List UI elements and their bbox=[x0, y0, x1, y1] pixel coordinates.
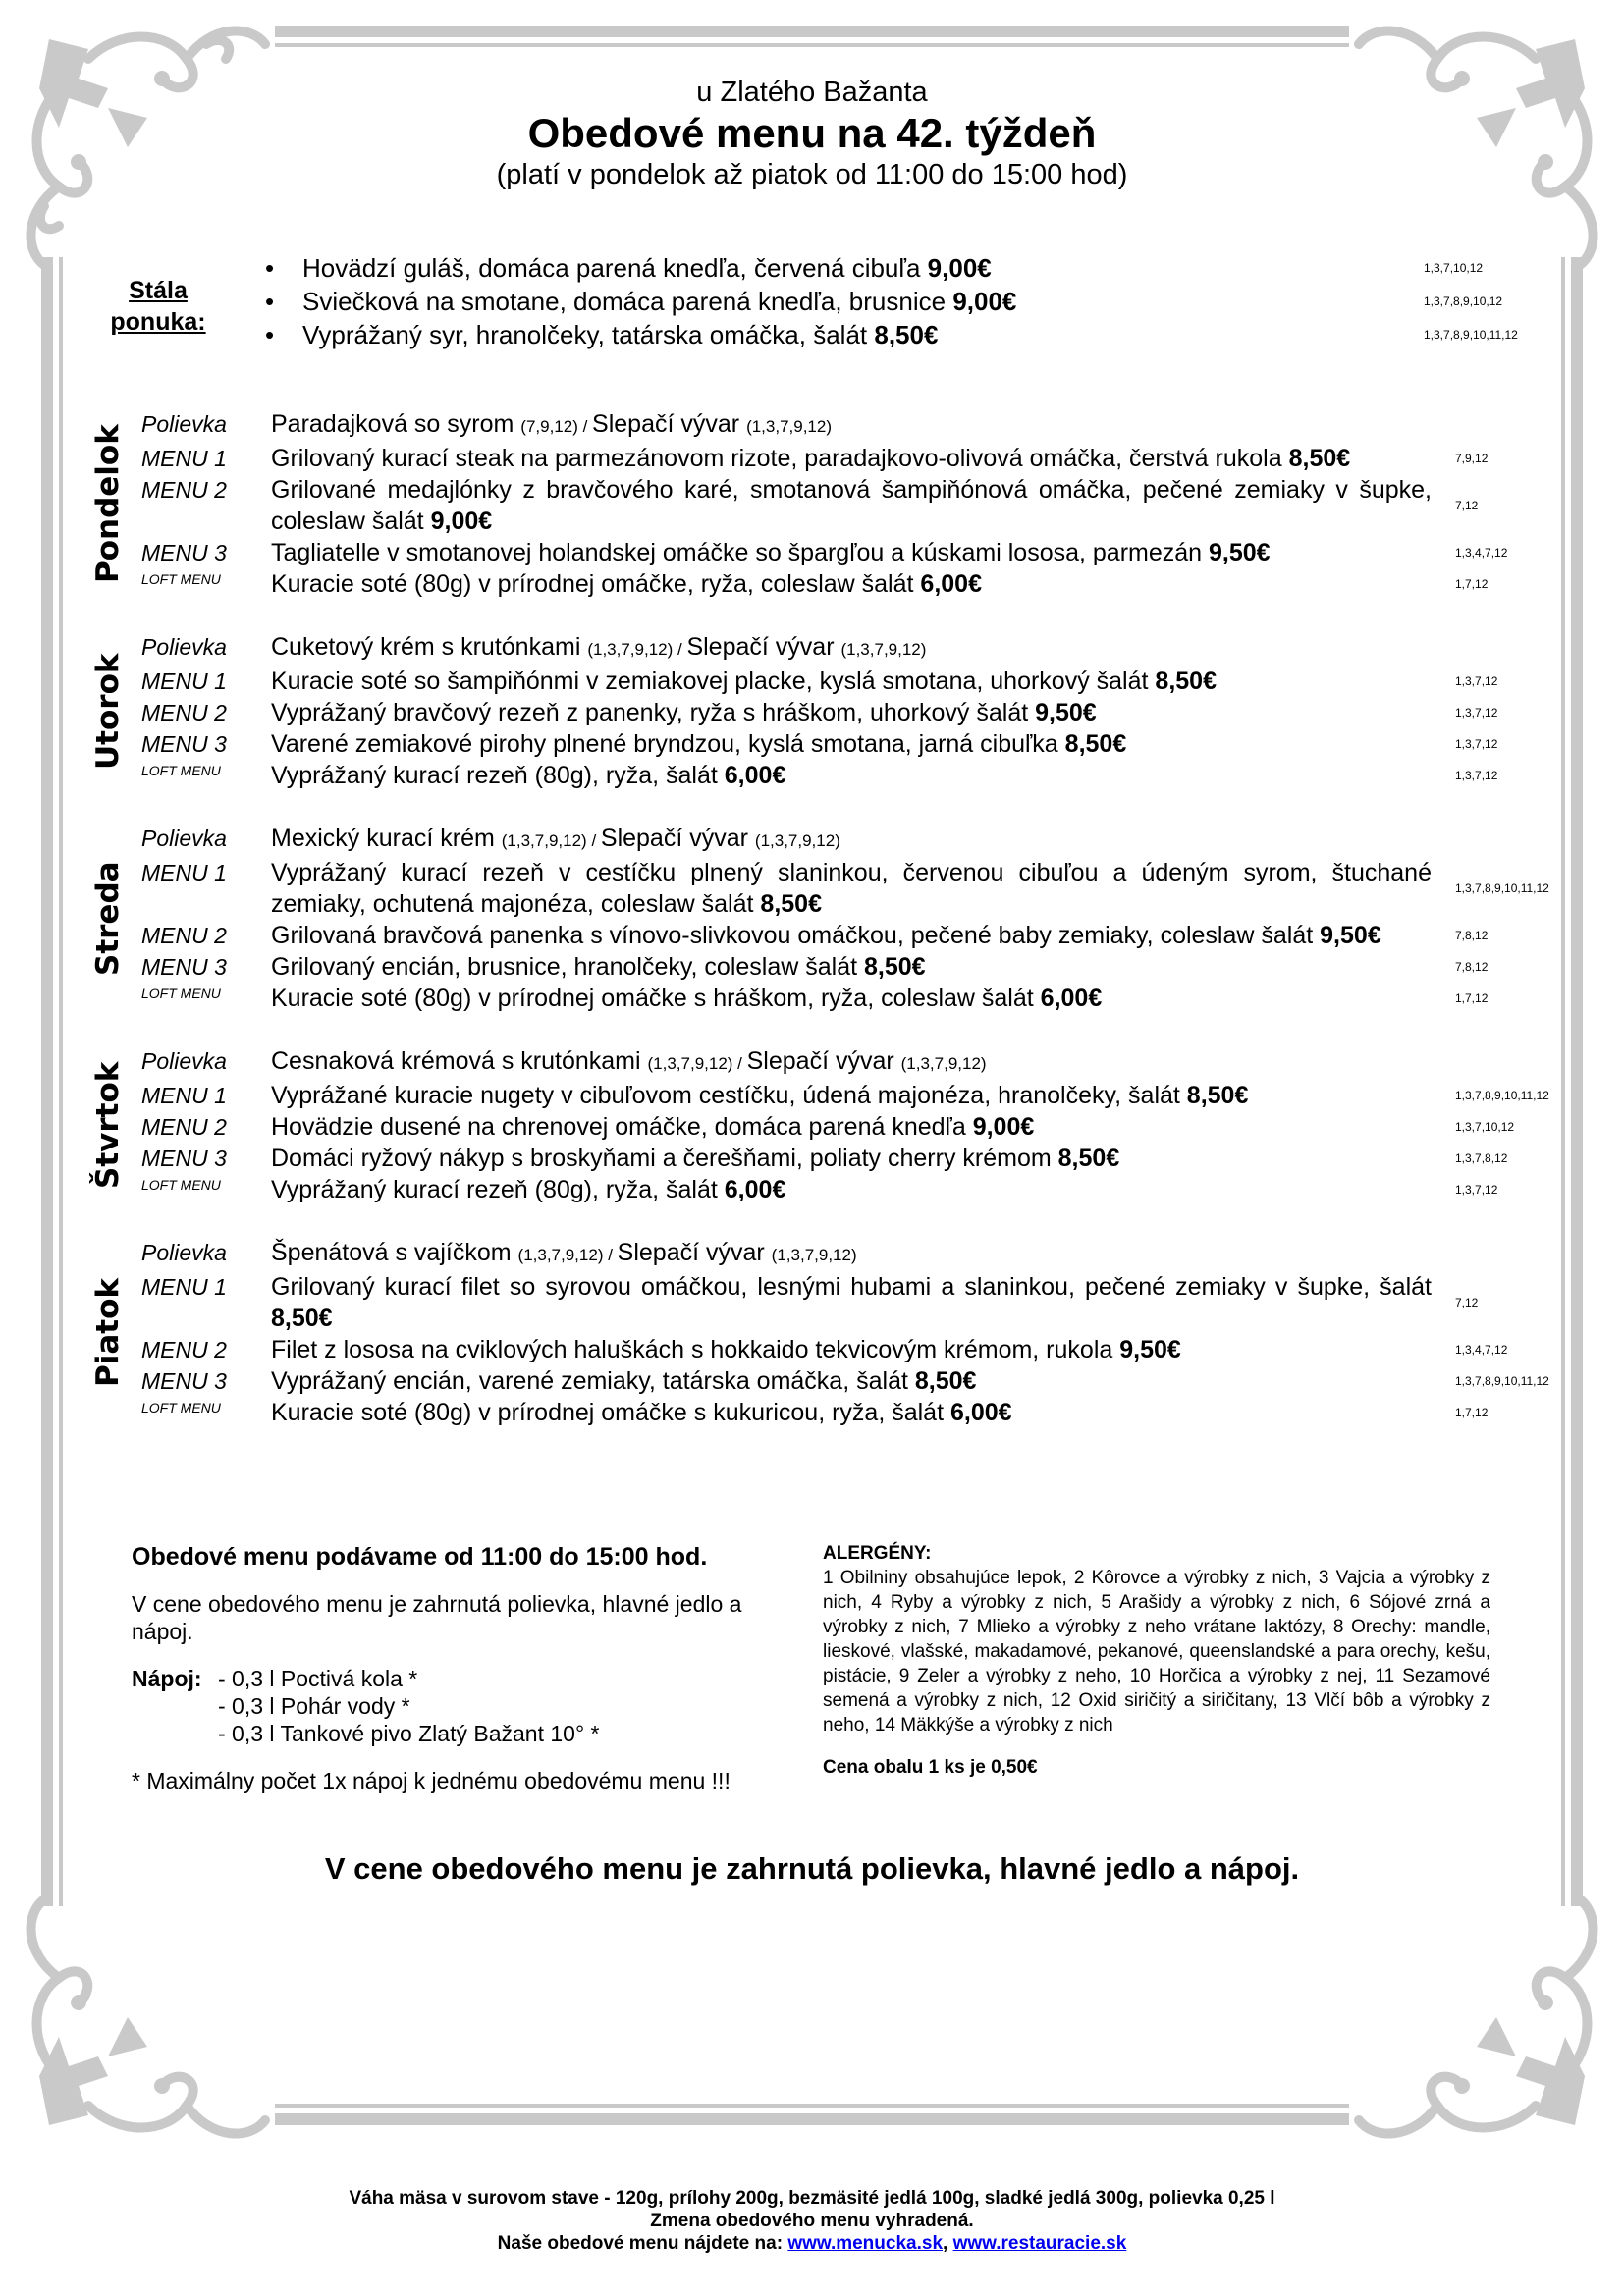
allergen-codes: 7,12 bbox=[1432, 1271, 1478, 1334]
menucka-link[interactable]: www.menucka.sk bbox=[787, 2233, 943, 2254]
soup-row: PolievkaCuketový krém s krutónkami (1,3,… bbox=[141, 631, 1551, 666]
soup-text: Mexický kurací krém (1,3,7,9,12) / Slepa… bbox=[271, 823, 1432, 857]
row-label: MENU 2 bbox=[141, 474, 271, 537]
dish-price: 8,50€ bbox=[271, 1305, 333, 1332]
dish-price: 9,50€ bbox=[1320, 922, 1381, 949]
row-label: MENU 3 bbox=[141, 951, 271, 983]
soup-2-allergens: (1,3,7,9,12) bbox=[746, 417, 832, 436]
row-label: Polievka bbox=[141, 823, 271, 857]
allergen-codes: 1,3,7,12 bbox=[1432, 1174, 1497, 1205]
dish-price: 6,00€ bbox=[1041, 985, 1103, 1012]
dish-description: Hovädzie dusené na chrenovej omáčke, dom… bbox=[271, 1111, 1432, 1143]
soup-separator: / bbox=[603, 1246, 617, 1264]
row-label: Polievka bbox=[141, 1237, 271, 1271]
bullet-icon: • bbox=[265, 318, 293, 351]
find-us-line: Naše obedové menu nájdete na: www.menuck… bbox=[0, 2232, 1624, 2255]
menu-row: MENU 1Vyprážaný kurací rezeň v cestíčku … bbox=[141, 857, 1551, 920]
row-label: LOFT MENU bbox=[141, 760, 271, 791]
row-label: LOFT MENU bbox=[141, 1397, 271, 1428]
allergen-codes: 7,12 bbox=[1432, 474, 1478, 537]
dish-description: Domáci ryžový nákyp s broskyňami a čereš… bbox=[271, 1143, 1432, 1174]
allergen-codes: 1,3,7,10,12 bbox=[1432, 1111, 1514, 1143]
dish-description: Grilovaný encián, brusnice, hranolčeky, … bbox=[271, 951, 1432, 983]
packaging-price: Cena obalu 1 ks je 0,50€ bbox=[823, 1755, 1490, 1780]
soup-2-allergens: (1,3,7,9,12) bbox=[840, 640, 926, 659]
soup-row: PolievkaCesnaková krémová s krutónkami (… bbox=[141, 1045, 1551, 1080]
dish-text: Grilovaný kurací filet so syrovou omáčko… bbox=[271, 1273, 1432, 1301]
soup-1-allergens: (1,3,7,9,12) bbox=[518, 1246, 604, 1264]
dish-text: Grilovaný kurací steak na parmezánovom r… bbox=[271, 445, 1282, 472]
dish-description: Kuracie soté (80g) v prírodnej omáčke, r… bbox=[271, 568, 1432, 600]
allergen-codes: 1,3,7,8,12 bbox=[1432, 1143, 1507, 1174]
day-menu-rows: PolievkaCuketový krém s krutónkami (1,3,… bbox=[141, 631, 1551, 791]
dish-text: Hovädzie dusené na chrenovej omáčke, dom… bbox=[271, 1113, 966, 1141]
allergen-codes: 1,3,7,12 bbox=[1432, 697, 1497, 728]
drink-item: - 0,3 l Tankové pivo Zlatý Bažant 10° * bbox=[218, 1720, 599, 1747]
drink-item: - 0,3 l Pohár vody * bbox=[218, 1692, 599, 1720]
soup-text: Paradajková so syrom (7,9,12) / Slepačí … bbox=[271, 408, 1432, 443]
dish-description: Kuracie soté (80g) v prírodnej omáčke s … bbox=[271, 983, 1432, 1014]
dish-description: Filet z lososa na cviklových haluškách s… bbox=[271, 1334, 1432, 1365]
frame-top-thin bbox=[275, 43, 1349, 47]
dish-text: Tagliatelle v smotanovej holandskej omáč… bbox=[271, 539, 1202, 566]
dish-name: Vyprážaný syr, hranolčeky, tatárska omáč… bbox=[302, 318, 938, 351]
soup-1: Cesnaková krémová s krutónkami bbox=[271, 1047, 641, 1075]
dish-description: Grilované medajlónky z bravčového karé, … bbox=[271, 474, 1432, 537]
dish-description: Varené zemiakové pirohy plnené bryndzou,… bbox=[271, 728, 1432, 760]
soup-row: PolievkaMexický kurací krém (1,3,7,9,12)… bbox=[141, 823, 1551, 857]
allergen-codes: 1,3,7,8,9,10,11,12 bbox=[1424, 318, 1518, 351]
bullet-icon: • bbox=[265, 251, 293, 285]
drink-item: - 0,3 l Poctivá kola * bbox=[218, 1665, 599, 1692]
day-section-utorok: UtorokPolievkaCuketový krém s krutónkami… bbox=[79, 631, 1551, 791]
frame-right-thin bbox=[1561, 257, 1565, 1906]
menu-row: MENU 2Grilovaná bravčová panenka s vínov… bbox=[141, 920, 1551, 951]
menu-row: LOFT MENUVyprážaný kurací rezeň (80g), r… bbox=[141, 760, 1551, 791]
dish-price: 9,00€ bbox=[928, 253, 992, 283]
allergen-codes: 7,8,12 bbox=[1432, 951, 1488, 983]
page-header: u Zlatého Bažanta Obedové menu na 42. tý… bbox=[0, 75, 1624, 192]
corner-ornament-icon bbox=[1329, 1870, 1624, 2164]
weekly-menu: PondelokPolievkaParadajková so syrom (7,… bbox=[79, 408, 1551, 1460]
day-section-streda: StredaPolievkaMexický kurací krém (1,3,7… bbox=[79, 823, 1551, 1014]
soup-1: Cuketový krém s krutónkami bbox=[271, 633, 580, 661]
allergen-codes: 1,3,7,12 bbox=[1432, 760, 1497, 791]
dish-price: 9,50€ bbox=[1119, 1336, 1181, 1363]
dish-price: 8,50€ bbox=[874, 320, 938, 349]
price-includes-banner: V cene obedového menu je zahrnutá poliev… bbox=[0, 1851, 1624, 1887]
day-menu-rows: PolievkaCesnaková krémová s krutónkami (… bbox=[141, 1045, 1551, 1205]
price-includes-note: V cene obedového menu je zahrnutá poliev… bbox=[132, 1590, 799, 1645]
service-info: Obedové menu podávame od 11:00 do 15:00 … bbox=[132, 1543, 799, 1814]
dish-text: Hovädzí guláš, domáca parená knedľa, čer… bbox=[302, 253, 920, 283]
dish-price: 6,00€ bbox=[920, 570, 982, 598]
row-label: MENU 3 bbox=[141, 1365, 271, 1397]
row-label: MENU 2 bbox=[141, 1334, 271, 1365]
dish-text: Kuracie soté (80g) v prírodnej omáčke s … bbox=[271, 1399, 944, 1426]
portion-weights: Váha mäsa v surovom stave - 120g, príloh… bbox=[0, 2187, 1624, 2210]
soup-1: Špenátová s vajíčkom bbox=[271, 1239, 512, 1266]
soup-separator: / bbox=[732, 1054, 746, 1073]
soup-separator: / bbox=[587, 831, 601, 850]
soup-1: Paradajková so syrom bbox=[271, 410, 514, 438]
dish-description: Grilovaný kurací steak na parmezánovom r… bbox=[271, 443, 1432, 474]
day-menu-rows: PolievkaŠpenátová s vajíčkom (1,3,7,9,12… bbox=[141, 1237, 1551, 1428]
allergens-title: ALERGÉNY: bbox=[823, 1541, 1490, 1566]
soup-2: Slepačí vývar bbox=[601, 825, 748, 852]
allergen-codes: 1,3,4,7,12 bbox=[1432, 1334, 1507, 1365]
soup-1-allergens: (7,9,12) bbox=[520, 417, 578, 436]
row-label: MENU 3 bbox=[141, 728, 271, 760]
dish-description: Kuracie soté so šampiňónmi v zemiakovej … bbox=[271, 666, 1432, 697]
fixed-offer-label: Stála ponuka: bbox=[98, 275, 218, 338]
restaurant-name: u Zlatého Bažanta bbox=[0, 75, 1624, 110]
frame-bottom-thin bbox=[275, 2104, 1349, 2108]
soup-text: Špenátová s vajíčkom (1,3,7,9,12) / Slep… bbox=[271, 1237, 1432, 1271]
day-name: Streda bbox=[79, 823, 137, 1014]
row-label: LOFT MENU bbox=[141, 1174, 271, 1205]
allergen-codes: 1,3,7,8,9,10,11,12 bbox=[1432, 857, 1549, 920]
soup-1-allergens: (1,3,7,9,12) bbox=[502, 831, 587, 850]
dish-text: Kuracie soté (80g) v prírodnej omáčke, r… bbox=[271, 570, 913, 598]
soup-row: PolievkaParadajková so syrom (7,9,12) / … bbox=[141, 408, 1551, 443]
dish-description: Grilovaná bravčová panenka s vínovo-sliv… bbox=[271, 920, 1432, 951]
dish-description: Tagliatelle v smotanovej holandskej omáč… bbox=[271, 537, 1432, 568]
day-name: Štvrtok bbox=[79, 1045, 137, 1205]
dish-price: 6,00€ bbox=[950, 1399, 1012, 1426]
soup-separator: / bbox=[673, 640, 686, 659]
fixed-offer-item: •Hovädzí guláš, domáca parená knedľa, če… bbox=[265, 251, 1522, 285]
menu-row: LOFT MENUKuracie soté (80g) v prírodnej … bbox=[141, 1397, 1551, 1428]
dish-price: 8,50€ bbox=[1187, 1082, 1249, 1109]
dish-price: 6,00€ bbox=[725, 1176, 786, 1203]
dish-description: Vyprážaný encián, varené zemiaky, tatárs… bbox=[271, 1365, 1432, 1397]
allergen-codes: 1,3,7,8,9,10,11,12 bbox=[1432, 1080, 1549, 1111]
dish-price: 8,50€ bbox=[760, 890, 822, 918]
dish-description: Vyprážané kuracie nugety v cibuľovom ces… bbox=[271, 1080, 1432, 1111]
dish-description: Kuracie soté (80g) v prírodnej omáčke s … bbox=[271, 1397, 1432, 1428]
allergens-section: ALERGÉNY: 1 Obilniny obsahujúce lepok, 2… bbox=[823, 1541, 1490, 1780]
dish-price: 8,50€ bbox=[1058, 1145, 1120, 1172]
dish-price: 8,50€ bbox=[1289, 445, 1351, 472]
allergen-codes: 1,7,12 bbox=[1432, 1397, 1488, 1428]
soup-2: Slepačí vývar bbox=[686, 633, 834, 661]
soup-1-allergens: (1,3,7,9,12) bbox=[587, 640, 673, 659]
allergen-codes: 1,3,7,12 bbox=[1432, 728, 1497, 760]
soup-1: Mexický kurací krém bbox=[271, 825, 495, 852]
row-label: MENU 1 bbox=[141, 666, 271, 697]
dish-description: Vyprážaný kurací rezeň (80g), ryža, šalá… bbox=[271, 760, 1432, 791]
menu-row: MENU 1Kuracie soté so šampiňónmi v zemia… bbox=[141, 666, 1551, 697]
row-label: MENU 2 bbox=[141, 1111, 271, 1143]
menu-row: MENU 3Vyprážaný encián, varené zemiaky, … bbox=[141, 1365, 1551, 1397]
allergen-codes: 1,3,7,10,12 bbox=[1424, 251, 1483, 285]
dish-price: 9,00€ bbox=[952, 287, 1016, 316]
day-name: Piatok bbox=[79, 1237, 137, 1428]
drinks-list: Nápoj: - 0,3 l Poctivá kola * - 0,3 l Po… bbox=[132, 1665, 799, 1747]
soup-text: Cesnaková krémová s krutónkami (1,3,7,9,… bbox=[271, 1045, 1432, 1080]
menu-row: MENU 2Grilované medajlónky z bravčového … bbox=[141, 474, 1551, 537]
dish-text: Domáci ryžový nákyp s broskyňami a čereš… bbox=[271, 1145, 1052, 1172]
page-footer: Váha mäsa v surovom stave - 120g, príloh… bbox=[0, 2187, 1624, 2255]
menu-row: MENU 3Tagliatelle v smotanovej holandske… bbox=[141, 537, 1551, 568]
soup-1-allergens: (1,3,7,9,12) bbox=[648, 1054, 733, 1073]
menu-row: MENU 1Grilovaný kurací steak na parmezán… bbox=[141, 443, 1551, 474]
restauracie-link[interactable]: www.restauracie.sk bbox=[953, 2233, 1127, 2254]
soup-row: PolievkaŠpenátová s vajíčkom (1,3,7,9,12… bbox=[141, 1237, 1551, 1271]
link-separator: , bbox=[943, 2233, 953, 2254]
allergen-codes: 1,3,7,8,9,10,11,12 bbox=[1432, 1365, 1549, 1397]
day-section-pondelok: PondelokPolievkaParadajková so syrom (7,… bbox=[79, 408, 1551, 600]
drinks-label: Nápoj: bbox=[132, 1665, 218, 1747]
fixed-offer-list: •Hovädzí guláš, domáca parená knedľa, če… bbox=[265, 251, 1522, 351]
dish-text: Vyprážaný kurací rezeň (80g), ryža, šalá… bbox=[271, 1176, 718, 1203]
fixed-offer-item: •Sviečková na smotane, domáca parená kne… bbox=[265, 285, 1522, 318]
allergen-codes: 1,7,12 bbox=[1432, 983, 1488, 1014]
soup-separator: / bbox=[578, 417, 592, 436]
menu-row: LOFT MENUKuracie soté (80g) v prírodnej … bbox=[141, 568, 1551, 600]
dish-name: Hovädzí guláš, domáca parená knedľa, čer… bbox=[302, 251, 992, 285]
dish-price: 8,50€ bbox=[1065, 730, 1127, 758]
dish-text: Kuracie soté so šampiňónmi v zemiakovej … bbox=[271, 667, 1148, 695]
dish-text: Kuracie soté (80g) v prírodnej omáčke s … bbox=[271, 985, 1034, 1012]
dish-text: Grilovaný encián, brusnice, hranolčeky, … bbox=[271, 953, 857, 981]
dish-price: 6,00€ bbox=[725, 762, 786, 789]
soup-text: Cuketový krém s krutónkami (1,3,7,9,12) … bbox=[271, 631, 1432, 666]
menu-row: MENU 1Grilovaný kurací filet so syrovou … bbox=[141, 1271, 1551, 1334]
dish-description: Grilovaný kurací filet so syrovou omáčko… bbox=[271, 1271, 1432, 1334]
frame-left-thin bbox=[59, 257, 63, 1906]
serving-hours: Obedové menu podávame od 11:00 do 15:00 … bbox=[132, 1543, 799, 1571]
dish-description: Vyprážaný kurací rezeň (80g), ryža, šalá… bbox=[271, 1174, 1432, 1205]
row-label: MENU 1 bbox=[141, 1271, 271, 1334]
dish-text: Vyprážaný encián, varené zemiaky, tatárs… bbox=[271, 1367, 908, 1395]
dish-price: 9,50€ bbox=[1209, 539, 1271, 566]
dish-text: Vyprážaný kurací rezeň (80g), ryža, šalá… bbox=[271, 762, 718, 789]
dish-text: Vyprážaný bravčový rezeň z panenky, ryža… bbox=[271, 699, 1028, 726]
allergen-codes: 7,9,12 bbox=[1432, 443, 1488, 474]
row-label: MENU 1 bbox=[141, 857, 271, 920]
menu-row: MENU 2Hovädzie dusené na chrenovej omáčk… bbox=[141, 1111, 1551, 1143]
page-title: Obedové menu na 42. týždeň bbox=[0, 110, 1624, 157]
change-reserved-note: Zmena obedového menu vyhradená. bbox=[0, 2210, 1624, 2232]
dish-price: 9,00€ bbox=[431, 507, 493, 535]
day-name: Pondelok bbox=[79, 408, 137, 600]
menu-row: LOFT MENUVyprážaný kurací rezeň (80g), r… bbox=[141, 1174, 1551, 1205]
row-label: LOFT MENU bbox=[141, 568, 271, 600]
menu-row: MENU 2Vyprážaný bravčový rezeň z panenky… bbox=[141, 697, 1551, 728]
soup-2-allergens: (1,3,7,9,12) bbox=[755, 831, 840, 850]
menu-row: MENU 3Domáci ryžový nákyp s broskyňami a… bbox=[141, 1143, 1551, 1174]
menu-row: LOFT MENUKuracie soté (80g) v prírodnej … bbox=[141, 983, 1551, 1014]
menu-row: MENU 3Varené zemiakové pirohy plnené bry… bbox=[141, 728, 1551, 760]
soup-2-allergens: (1,3,7,9,12) bbox=[901, 1054, 987, 1073]
day-section-štvrtok: ŠtvrtokPolievkaCesnaková krémová s krutó… bbox=[79, 1045, 1551, 1205]
row-label: Polievka bbox=[141, 631, 271, 666]
dish-description: Vyprážaný bravčový rezeň z panenky, ryža… bbox=[271, 697, 1432, 728]
row-label: LOFT MENU bbox=[141, 983, 271, 1014]
dish-text: Grilovaná bravčová panenka s vínovo-sliv… bbox=[271, 922, 1313, 949]
soup-2: Slepačí vývar bbox=[618, 1239, 765, 1266]
corner-ornament-icon bbox=[0, 1870, 295, 2164]
soup-2: Slepačí vývar bbox=[592, 410, 739, 438]
soup-2-allergens: (1,3,7,9,12) bbox=[772, 1246, 857, 1264]
drink-limit-note: * Maximálny počet 1x nápoj k jednému obe… bbox=[132, 1767, 799, 1794]
day-name: Utorok bbox=[79, 631, 137, 791]
frame-bottom-thick bbox=[275, 2113, 1349, 2125]
row-label: Polievka bbox=[141, 408, 271, 443]
dish-price: 8,50€ bbox=[915, 1367, 977, 1395]
row-label: MENU 3 bbox=[141, 537, 271, 568]
menu-row: MENU 2Filet z lososa na cviklových haluš… bbox=[141, 1334, 1551, 1365]
allergen-codes: 1,3,4,7,12 bbox=[1432, 537, 1507, 568]
day-menu-rows: PolievkaParadajková so syrom (7,9,12) / … bbox=[141, 408, 1551, 600]
dish-price: 8,50€ bbox=[864, 953, 926, 981]
day-menu-rows: PolievkaMexický kurací krém (1,3,7,9,12)… bbox=[141, 823, 1551, 1014]
row-label: MENU 1 bbox=[141, 443, 271, 474]
frame-right-thick bbox=[1571, 257, 1583, 1906]
row-label: MENU 2 bbox=[141, 697, 271, 728]
allergen-codes: 1,3,7,8,9,10,12 bbox=[1424, 285, 1502, 318]
dish-text: Sviečková na smotane, domáca parená kned… bbox=[302, 287, 946, 316]
allergen-codes: 1,7,12 bbox=[1432, 568, 1488, 600]
dish-text: Varené zemiakové pirohy plnené bryndzou,… bbox=[271, 730, 1058, 758]
dish-price: 8,50€ bbox=[1155, 667, 1217, 695]
row-label: MENU 1 bbox=[141, 1080, 271, 1111]
dish-name: Sviečková na smotane, domáca parená kned… bbox=[302, 285, 1016, 318]
fixed-offer-item: •Vyprážaný syr, hranolčeky, tatárska omá… bbox=[265, 318, 1522, 351]
dish-text: Vyprážané kuracie nugety v cibuľovom ces… bbox=[271, 1082, 1180, 1109]
row-label: MENU 2 bbox=[141, 920, 271, 951]
dish-text: Vyprážaný kurací rezeň v cestíčku plnený… bbox=[271, 859, 1432, 918]
frame-left-thick bbox=[41, 257, 53, 1906]
frame-top-thick bbox=[275, 26, 1349, 37]
row-label: Polievka bbox=[141, 1045, 271, 1080]
dish-description: Vyprážaný kurací rezeň v cestíčku plnený… bbox=[271, 857, 1432, 920]
find-us-prefix: Naše obedové menu nájdete na: bbox=[498, 2233, 788, 2254]
allergen-codes: 1,3,7,12 bbox=[1432, 666, 1497, 697]
dish-price: 9,00€ bbox=[973, 1113, 1035, 1141]
menu-row: MENU 1Vyprážané kuracie nugety v cibuľov… bbox=[141, 1080, 1551, 1111]
menu-row: MENU 3Grilovaný encián, brusnice, hranol… bbox=[141, 951, 1551, 983]
allergen-codes: 7,8,12 bbox=[1432, 920, 1488, 951]
soup-2: Slepačí vývar bbox=[747, 1047, 894, 1075]
day-section-piatok: PiatokPolievkaŠpenátová s vajíčkom (1,3,… bbox=[79, 1237, 1551, 1428]
bullet-icon: • bbox=[265, 285, 293, 318]
dish-text: Filet z lososa na cviklových haluškách s… bbox=[271, 1336, 1112, 1363]
validity-note: (platí v pondelok až piatok od 11:00 do … bbox=[0, 157, 1624, 192]
row-label: MENU 3 bbox=[141, 1143, 271, 1174]
allergens-list: 1 Obilniny obsahujúce lepok, 2 Kôrovce a… bbox=[823, 1566, 1490, 1737]
dish-text: Vyprážaný syr, hranolčeky, tatárska omáč… bbox=[302, 320, 867, 349]
dish-price: 9,50€ bbox=[1035, 699, 1097, 726]
